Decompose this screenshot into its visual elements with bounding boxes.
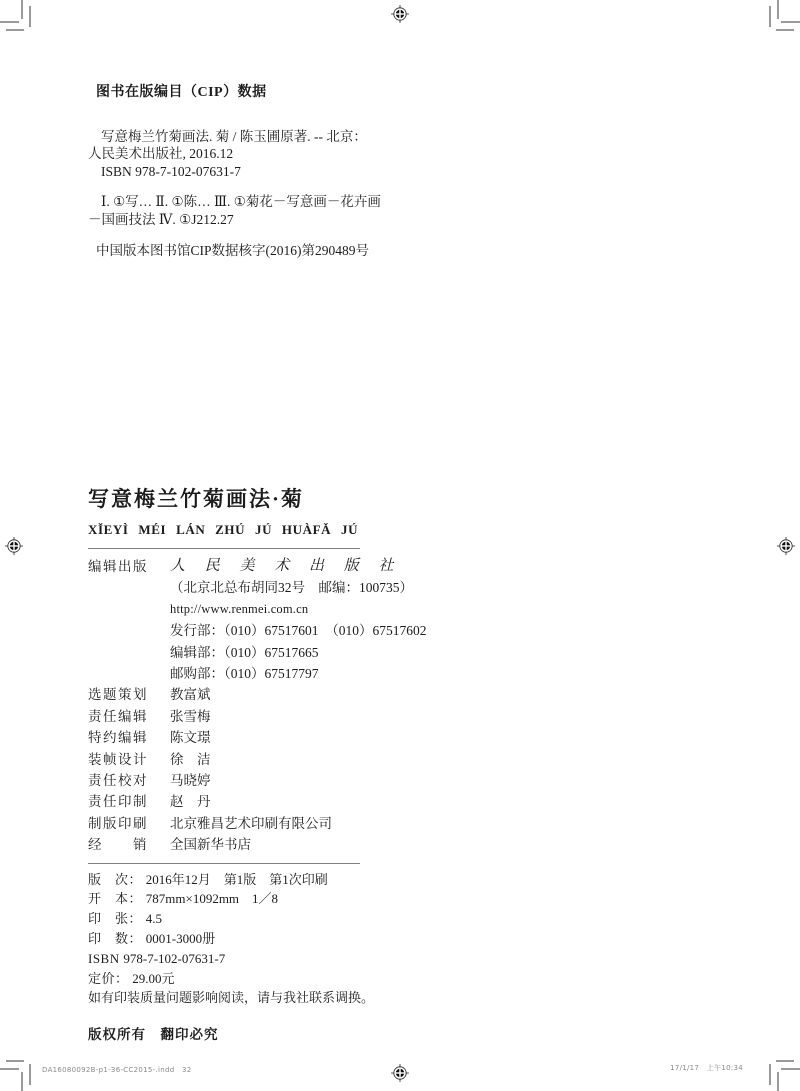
department-phones: （010）67517797 <box>224 666 319 681</box>
edition-row: 开 本：787mm×1092mm 1／8 <box>88 889 498 909</box>
divider-rule <box>88 548 360 549</box>
credit-label: 装帧设计 <box>88 749 170 770</box>
crop-mark-bottom-right <box>760 1051 800 1091</box>
credit-label: 责任印制 <box>88 791 170 812</box>
credit-value: 赵 丹 <box>170 791 211 812</box>
department-name: 邮购部： <box>170 666 224 681</box>
publishing-row: 编辑出版 人 民 美 术 出 版 社 <box>88 556 498 577</box>
credit-value: 教富斌 <box>170 684 211 705</box>
crop-mark-top-right <box>760 0 800 40</box>
cip-record-line: 写意梅兰竹菊画法. 菊 / 陈玉圃原著. -- 北京： <box>88 128 468 146</box>
registration-mark-icon <box>391 1064 409 1082</box>
credit-value: 全国新华书店 <box>170 834 251 855</box>
crop-mark-top-left <box>0 0 40 40</box>
colophon-block: 写意梅兰竹菊画法·菊 XǏEYÌ MÉI LÁN ZHÚ JÚ HUÀFǍ JÚ… <box>88 483 498 1043</box>
credit-label: 选题策划 <box>88 684 170 705</box>
credit-value: 马晓婷 <box>170 770 211 791</box>
credit-row: 制版印刷 北京雅昌艺术印刷有限公司 <box>88 813 498 834</box>
publisher-website: http://www.renmei.com.cn <box>170 599 308 620</box>
edition-row: 印 数：0001-3000册 <box>88 929 498 949</box>
publisher-address: （北京北总布胡同32号 邮编：100735） <box>170 577 413 598</box>
crop-mark-bottom-left <box>0 1051 40 1091</box>
cip-isbn-line: ISBN 978-7-102-07631-7 <box>88 163 468 181</box>
edition-label: 开 本： <box>88 891 146 906</box>
department-name: 发行部： <box>170 623 224 638</box>
cip-record-line: 人民美术出版社, 2016.12 <box>88 145 468 163</box>
cip-registry-line: 中国版本图书馆CIP数据核字(2016)第290489号 <box>88 242 468 260</box>
credit-value: 陈文璟 <box>170 727 211 748</box>
credit-label: 制版印刷 <box>88 813 170 834</box>
publisher-address-row: （北京北总布胡同32号 邮编：100735） <box>88 577 498 598</box>
registration-mark-icon <box>777 537 795 555</box>
credit-row: 责任校对 马晓婷 <box>88 770 498 791</box>
credit-value: 徐 洁 <box>170 749 211 770</box>
edition-value: 0001-3000册 <box>146 931 215 946</box>
isbn-row: ISBN978-7-102-07631-7 <box>88 949 498 969</box>
credit-label: 经 销 <box>88 834 170 855</box>
credit-row: 经 销 全国新华书店 <box>88 834 498 855</box>
department-row: 邮购部：（010）67517797 <box>88 663 498 684</box>
price-row: 定价：29.00元 <box>88 969 498 989</box>
edition-label: 版 次： <box>88 872 146 887</box>
publisher-website-row: http://www.renmei.com.cn <box>88 599 498 620</box>
department-name: 编辑部： <box>170 645 224 660</box>
price-value: 29.00元 <box>132 971 174 986</box>
copyright-notice: 版权所有 翻印必究 <box>88 1023 498 1043</box>
department-phones: （010）67517665 <box>224 645 319 660</box>
registration-mark-icon <box>391 5 409 23</box>
isbn-label: ISBN <box>88 951 123 966</box>
price-label: 定价： <box>88 971 132 986</box>
department-phones: （010）67517601 （010）67517602 <box>224 623 427 638</box>
isbn-value: 978-7-102-07631-7 <box>123 951 225 966</box>
edition-value: 787mm×1092mm 1／8 <box>146 891 278 906</box>
credit-label: 责任校对 <box>88 770 170 791</box>
publishing-label: 编辑出版 <box>88 556 170 577</box>
edition-label: 印 数： <box>88 931 146 946</box>
edition-label: 印 张： <box>88 911 146 926</box>
credit-label: 特约编辑 <box>88 727 170 748</box>
edition-row: 印 张：4.5 <box>88 909 498 929</box>
credit-row: 选题策划 教富斌 <box>88 684 498 705</box>
credit-label: 责任编辑 <box>88 706 170 727</box>
book-colophon-page: 图书在版编目（CIP）数据 写意梅兰竹菊画法. 菊 / 陈玉圃原著. -- 北京… <box>0 0 800 1091</box>
credit-row: 责任编辑 张雪梅 <box>88 706 498 727</box>
cip-header: 图书在版编目（CIP）数据 <box>96 84 468 102</box>
cip-classification-line: －国画技法 Ⅳ. ①J212.27 <box>88 211 468 229</box>
edition-row: 版 次：2016年12月 第1版 第1次印刷 <box>88 870 498 890</box>
publisher-name: 人 民 美 术 出 版 社 <box>170 556 402 577</box>
credit-row: 特约编辑 陈文璟 <box>88 727 498 748</box>
credit-value: 北京雅昌艺术印刷有限公司 <box>170 813 332 834</box>
registration-mark-icon <box>5 537 23 555</box>
prepress-timestamp: 17/1/17 上午10:34 <box>670 1063 743 1073</box>
department-row: 发行部：（010）67517601 （010）67517602 <box>88 620 498 641</box>
edition-value: 4.5 <box>146 911 162 926</box>
prepress-filename: DA16080092B-p1-36-CC2015-.indd 32 <box>42 1066 192 1074</box>
credit-row: 责任印制 赵 丹 <box>88 791 498 812</box>
cip-block: 图书在版编目（CIP）数据 写意梅兰竹菊画法. 菊 / 陈玉圃原著. -- 北京… <box>88 84 468 260</box>
department-row: 编辑部：（010）67517665 <box>88 642 498 663</box>
credit-value: 张雪梅 <box>170 706 211 727</box>
cip-classification-line: Ⅰ. ①写… Ⅱ. ①陈… Ⅲ. ①菊花－写意画－花卉画 <box>88 193 468 211</box>
book-title-pinyin: XǏEYÌ MÉI LÁN ZHÚ JÚ HUÀFǍ JÚ <box>88 522 498 538</box>
book-title: 写意梅兰竹菊画法·菊 <box>88 483 498 513</box>
quality-note: 如有印装质量问题影响阅读，请与我社联系调换。 <box>88 988 498 1008</box>
divider-rule <box>88 863 360 864</box>
credit-row: 装帧设计 徐 洁 <box>88 749 498 770</box>
edition-value: 2016年12月 第1版 第1次印刷 <box>146 872 328 887</box>
